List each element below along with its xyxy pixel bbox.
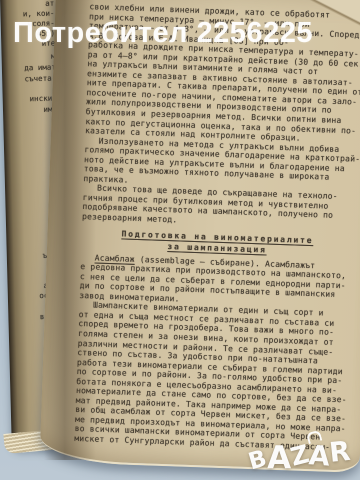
book-spine-shadow: [44, 0, 96, 460]
bazar-letter: R: [328, 438, 352, 467]
bazar-letter: A: [307, 442, 330, 470]
bazar-letter: B: [246, 447, 269, 474]
bazar-letter: A: [266, 443, 290, 474]
page-text: свои хлебни или винени дрожди, като се о…: [74, 2, 360, 453]
user-watermark: Потребител 2256225: [13, 17, 313, 50]
paragraph: Всичко това ще доведе до съкращаване на …: [82, 183, 355, 231]
paragraph: Шампанските виноматериали от един и същ …: [74, 300, 351, 453]
book-photo: ати, кои-исоля-455)итемда иматсъчета-инс…: [0, 0, 360, 480]
